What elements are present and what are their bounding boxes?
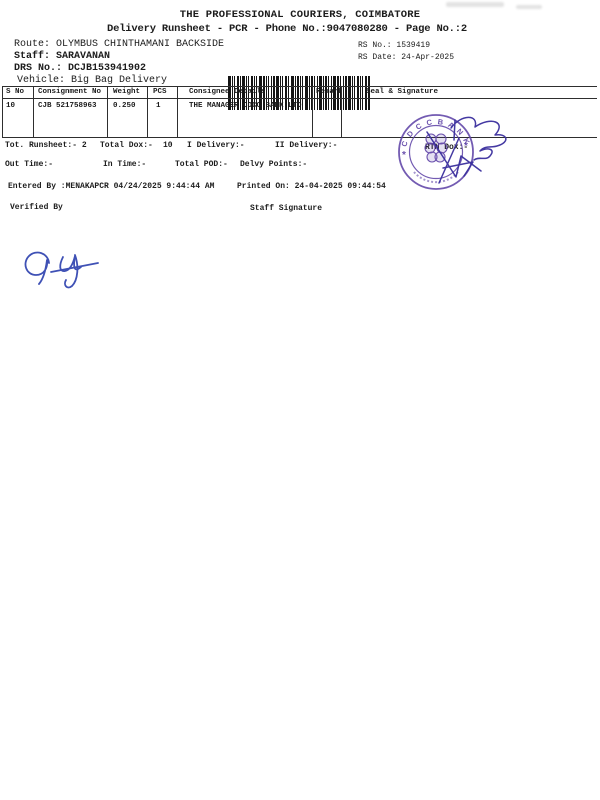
- table-header-row: S No Consignment No Weight PCS Consignee…: [3, 87, 598, 99]
- staff-line: Staff: SARAVANAN: [14, 51, 110, 62]
- col-consignee-details: Consignee Details: [178, 87, 313, 99]
- page-subtitle: Delivery Runsheet - PCR - Phone No.:9047…: [0, 23, 574, 35]
- verified-signature: [18, 206, 128, 328]
- staff-signature-label: Staff Signature: [250, 204, 322, 213]
- delvy-points: Delvy Points:-: [240, 160, 307, 169]
- col-seal-signature: Seal & Signature: [342, 87, 598, 99]
- cell-seal-signature: [342, 99, 598, 138]
- total-dox-value: 10: [163, 141, 173, 150]
- rtn-dox: RTN Dox:-: [425, 143, 468, 152]
- vehicle-line: Vehicle: Big Bag Delivery: [17, 75, 167, 86]
- total-runsheet: Tot. Runsheet:- 2: [5, 141, 87, 150]
- col-s-no: S No: [3, 87, 34, 99]
- i-delivery: I Delivery:-: [187, 141, 245, 150]
- page-title: THE PROFESSIONAL COURIERS, COIMBATORE: [0, 9, 600, 21]
- stamp-star-left: *: [402, 150, 406, 161]
- cell-weight: 0.250: [108, 99, 148, 138]
- col-consignment-no: Consignment No: [34, 87, 108, 99]
- route-line: Route: OLYMBUS CHINTHAMANI BACKSIDE: [14, 39, 224, 50]
- printed-on-line: Printed On: 24-04-2025 09:44:54: [237, 182, 386, 191]
- cell-consignment-no: CJB 521758963: [34, 99, 108, 138]
- table-row: 10 CJB 521758963 0.250 1 THE MANAGER CDC…: [3, 99, 598, 138]
- col-weight: Weight: [108, 87, 148, 99]
- stamp-bottom-arc-text: [414, 172, 458, 182]
- col-pcs: PCS: [148, 87, 178, 99]
- runsheet-table: S No Consignment No Weight PCS Consignee…: [2, 86, 597, 138]
- scan-noise: [446, 2, 504, 7]
- delivery-runsheet-document: THE PROFESSIONAL COURIERS, COIMBATORE De…: [0, 0, 600, 800]
- total-dox-label: Total Dox:-: [100, 141, 153, 150]
- col-remarks: Remarks: [313, 87, 342, 99]
- cell-s-no: 10: [3, 99, 34, 138]
- cell-pcs: 1: [148, 99, 178, 138]
- out-time: Out Time:-: [5, 160, 53, 169]
- cell-remarks: [313, 99, 342, 138]
- total-pod: Total POD:-: [175, 160, 228, 169]
- rs-date-line: RS Date: 24-Apr-2025: [358, 53, 454, 62]
- barcode: [228, 40, 370, 74]
- entered-by-line: Entered By :MENAKAPCR 04/24/2025 9:44:44…: [8, 182, 214, 191]
- ii-delivery: II Delivery:-: [275, 141, 337, 150]
- drs-no-line: DRS No.: DCJB153941902: [14, 63, 146, 74]
- in-time: In Time:-: [103, 160, 146, 169]
- cell-consignee: THE MANAGER CDCC BANK LTD: [178, 99, 313, 138]
